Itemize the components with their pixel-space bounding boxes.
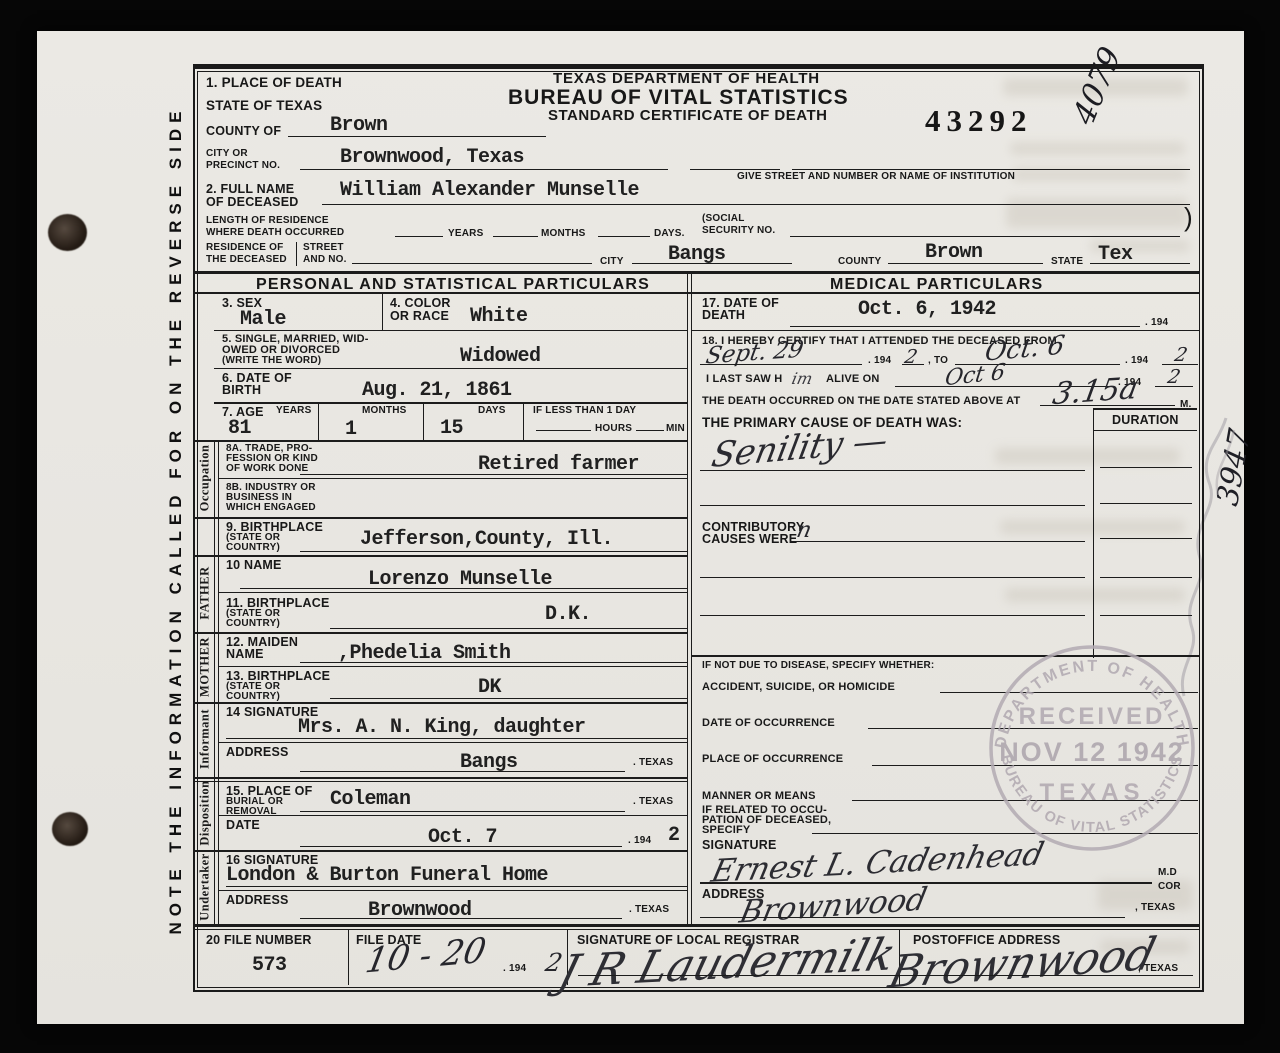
bottom-texas-label: , TEXAS [1138,964,1178,974]
md-label: M.D [1158,868,1177,878]
county-value: Brown [330,116,388,136]
svg-text:RECEIVED: RECEIVED [1019,703,1166,730]
county-label: COUNTY OF [206,125,281,138]
residence-of-label: RESIDENCE OF [206,243,283,253]
informant-addr-value: Bangs [460,753,518,773]
state-of-texas-label: STATE OF TEXAS [206,99,322,113]
years-label: YEARS [448,229,483,239]
burial-date-label: DATE [226,819,260,832]
dod-label2: DEATH [702,309,745,322]
informant-side-label: Informant [198,709,213,769]
file-number-label: 20 FILE NUMBER [206,934,312,947]
punch-hole-bottom [52,812,88,846]
burial-194-label: . 194 [628,836,651,846]
file-194-label: . 194 [503,964,526,974]
maiden-label2: NAME [226,648,264,661]
dod-194-label: . 194 [1145,318,1168,328]
place-of-death-label: 1. PLACE OF DEATH [206,76,342,90]
sex-value: Male [240,310,286,330]
father-bp-label3: COUNTRY) [226,619,280,629]
residence-of-label2: THE DECEASED [206,255,287,265]
months-label: MONTHS [541,229,586,239]
last-saw-him-handwriting: im [790,369,814,388]
informant-sig-value: Mrs. A. N. King, daughter [298,718,586,738]
duration-label: DURATION [1112,414,1179,427]
trade-value: Retired farmer [478,455,639,475]
age-months-label: MONTHS [362,406,407,416]
age-value: 81 [228,419,251,439]
marital-label3: (WRITE THE WORD) [222,356,321,366]
street-label2: AND NO. [303,255,347,265]
received-stamp: DEPARTMENT OF HEALTH BUREAU OF VITAL STA… [972,628,1212,868]
informant-addr-label: ADDRESS [226,746,289,759]
city-value: Brownwood, Texas [340,148,524,168]
trade-label3: OF WORK DONE [226,464,308,474]
mother-bp-value: DK [478,678,501,698]
dept-title: TEXAS DEPARTMENT OF HEALTH [553,71,820,86]
father-name-label: 10 NAME [226,559,282,572]
ssn-label: (SOCIAL [702,214,745,224]
father-side-label: FATHER [198,566,213,619]
certificate-number: 43292 [925,103,1033,139]
from-194-label: . 194 [868,356,891,366]
manner-means-label: MANNER OR MEANS [702,791,816,802]
street-label: STREET [303,243,344,253]
ssn-label2: SECURITY NO. [702,226,775,236]
age-days-value: 15 [440,419,463,439]
if-not-disease-label: IF NOT DUE TO DISEASE, SPECIFY WHETHER: [702,661,934,671]
min-label: MIN [666,424,685,434]
fullname-label2: OF DECEASED [206,196,299,209]
burial-value: Coleman [330,790,411,810]
punch-hole-top [48,214,87,251]
time-of-death-handwriting: 3.15a [1050,371,1141,412]
maiden-value: ,Phedelia Smith [338,644,511,664]
birthplace-value: Jefferson,County, Ill. [360,530,613,550]
city-label: CITY OR [206,149,248,159]
dob-label2: BIRTH [222,384,261,397]
birthplace-label3: COUNTRY) [226,543,280,553]
burial-texas-label: . TEXAS [633,797,673,807]
hours-label: HOURS [595,424,632,434]
reverse-side-note: NOTE THE INFORMATION CALLED FOR ON THE R… [166,106,186,935]
related-occupation-label3: SPECIFY [702,825,750,836]
days-label: DAYS. [654,229,685,239]
father-name-value: Lorenzo Munselle [368,570,552,590]
marital-value: Widowed [460,347,541,367]
undertaker-texas-label: . TEXAS [629,905,669,915]
to-label: , TO [928,356,948,366]
color-label: 4. COLOR [390,297,451,310]
disposition-side-label: Disposition [198,780,213,845]
informant-texas-label: . TEXAS [633,758,673,768]
age-months-value: 1 [345,420,357,440]
certificate-title: STANDARD CERTIFICATE OF DEATH [548,108,827,123]
county2-value: Brown [925,243,983,263]
date-occurrence-label: DATE OF OCCURRENCE [702,718,835,729]
mother-side-label: MOTHER [198,637,213,697]
color-label2: OR RACE [390,310,449,323]
age-days-label: DAYS [478,406,506,416]
left-section-title: PERSONAL AND STATISTICAL PARTICULARS [256,277,650,293]
to-194-label: . 194 [1125,356,1148,366]
burial-year-digit: 2 [668,826,680,846]
city2-label: CITY [600,257,624,267]
state-label: STATE [1051,257,1083,267]
city-label2: PRECINCT NO. [206,161,280,171]
county2-label: COUNTY [838,257,881,267]
undertaker-addr-label: ADDRESS [226,894,289,907]
age-years-label: YEARS [276,406,311,416]
place-occurrence-label: PLACE OF OCCURRENCE [702,754,843,765]
residence-length-label2: WHERE DEATH OCCURRED [206,228,344,238]
city2-value: Bangs [668,245,726,265]
svg-text:NOV 12 1942: NOV 12 1942 [999,737,1185,767]
cor-label: COR [1158,882,1181,892]
bureau-title: BUREAU OF VITAL STATISTICS [508,87,849,108]
state-value: Tex [1098,245,1133,265]
less-than-day-label: IF LESS THAN 1 DAY [533,406,636,416]
institution-hint: GIVE STREET AND NUMBER OR NAME OF INSTIT… [737,172,1015,182]
right-section-title: MEDICAL PARTICULARS [830,277,1043,293]
industry-label3: WHICH ENGAGED [226,503,316,513]
svg-text:TEXAS: TEXAS [1039,779,1144,806]
color-value: White [470,307,528,327]
contributory-label2: CAUSES WERE [702,533,797,546]
father-bp-value: D.K. [545,605,591,625]
undertaker-sig-value: London & Burton Funeral Home [226,866,548,886]
dod-value: Oct. 6, 1942 [858,300,996,320]
alive-on-label: ALIVE ON [826,374,880,385]
undertaker-side-label: Undertaker [198,853,213,921]
death-occurred-label: THE DEATH OCCURRED ON THE DATE STATED AB… [702,396,1020,407]
fullname-label: 2. FULL NAME [206,183,294,196]
dob-value: Aug. 21, 1861 [362,381,512,401]
file-number-value: 573 [252,956,287,976]
burial-date-value: Oct. 7 [428,828,497,848]
occupation-side-label: Occupation [198,445,213,512]
physician-texas-label: , TEXAS [1135,903,1175,913]
mother-bp-label3: COUNTRY) [226,692,280,702]
accident-label: ACCIDENT, SUICIDE, OR HOMICIDE [702,682,895,693]
physician-sig-label: SIGNATURE [702,839,777,852]
last-saw-label: I LAST SAW H [706,374,782,385]
ssn-paren: ) [1184,212,1193,223]
residence-length-label: LENGTH OF RESIDENCE [206,216,329,226]
fullname-value: William Alexander Munselle [340,181,639,201]
